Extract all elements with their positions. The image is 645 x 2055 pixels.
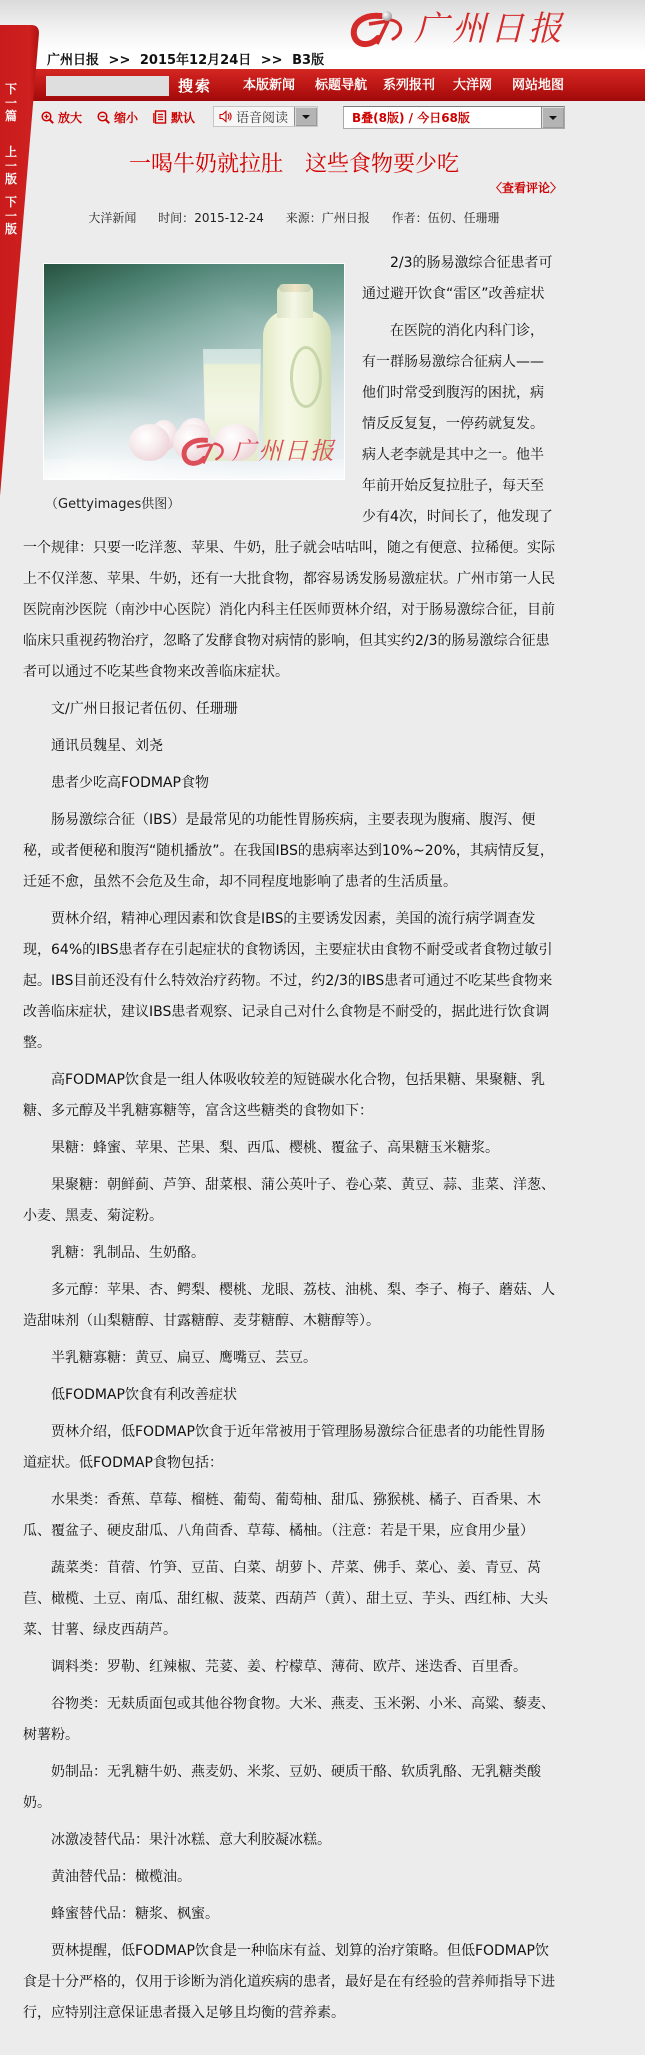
article-section-heading: 患者少吃高FODMAP食物	[23, 768, 557, 799]
edition-select-value: B叠(8版) / 今日68版	[352, 109, 470, 126]
zoom-in-button[interactable]: 放大	[41, 108, 82, 126]
food-list-item: 冰激凌替代品：果汁冰糕、意大利胶凝冰糕。	[23, 1825, 557, 1856]
zoom-in-label: 放大	[58, 109, 82, 126]
egg	[129, 424, 170, 461]
food-list-item: 水果类：香蕉、草莓、榴梿、葡萄、葡萄柚、甜瓜、猕猴桃、橘子、百香果、木瓜、覆盆子…	[23, 1485, 557, 1547]
food-list-item: 半乳糖寡糖：黄豆、扁豆、鹰嘴豆、芸豆。	[23, 1343, 557, 1374]
image-caption: （Gettyimages供图）	[45, 489, 345, 520]
zoom-out-icon	[97, 111, 110, 124]
zoom-in-icon	[41, 111, 54, 124]
article-title: 一喝牛奶就拉肚 这些食物要少吃	[23, 152, 565, 178]
site-header: 广州日报 广州日报 >> 2015年12月24日 >> B3版	[0, 0, 645, 69]
meta-source-label: 来源：	[286, 211, 322, 225]
food-list-item: 蔬菜类：苜蓿、竹笋、豆苗、白菜、胡萝卜、芹菜、佛手、菜心、姜、青豆、莴苣、橄榄、…	[23, 1553, 557, 1646]
food-list-item: 乳糖：乳制品、生奶酪。	[23, 1238, 557, 1269]
article-paragraph: 肠易激综合征（IBS）是最常见的功能性胃肠疾病，主要表现为腹痛、腹泻、便秘，或者…	[23, 805, 557, 898]
food-list-item: 调料类：罗勒、红辣椒、芫荽、姜、柠檬草、薄荷、欧芹、迷迭香、百里香。	[23, 1652, 557, 1683]
food-list-item: 多元醇：苹果、杏、鳄梨、樱桃、龙眼、荔枝、油桃、梨、李子、梅子、蘑菇、人造甜味剂…	[23, 1275, 557, 1337]
meta-source-value: 广州日报	[322, 211, 370, 225]
meta-author: 作者：伍仞、任珊珊	[392, 211, 500, 225]
breadcrumb-separator: >>	[109, 53, 131, 68]
food-list-item: 果糖：蜂蜜、苹果、芒果、梨、西瓜、樱桃、覆盆子、高果糖玉米糖浆。	[23, 1133, 557, 1164]
voice-select-value: 语音阅读	[236, 107, 288, 126]
breadcrumb-item-page[interactable]: B3版	[292, 53, 324, 68]
meta-time-value: 2015-12-24	[194, 211, 264, 225]
article-section-heading: 低FODMAP饮食有利改善症状	[23, 1380, 557, 1411]
watermark-emblem-icon	[181, 434, 227, 468]
food-list-item: 奶制品：无乳糖牛奶、燕麦奶、米浆、豆奶、硬质干酪、软质乳酪、无乳糖类酸奶。	[23, 1757, 557, 1819]
nav-link-sitemap[interactable]: 网站地图	[512, 77, 564, 95]
food-list-item: 谷物类：无麸质面包或其他谷物食物。大米、燕麦、玉米粥、小米、高粱、藜麦、树薯粉。	[23, 1689, 557, 1751]
meta-author-value: 伍仞、任珊珊	[428, 211, 500, 225]
nav-link-title-navigation[interactable]: 标题导航	[315, 77, 367, 95]
side-nav-tab	[0, 0, 42, 500]
view-comments-link[interactable]: 〈查看评论〉	[490, 181, 562, 195]
article-paragraph: 高FODMAP饮食是一组人体吸收较差的短链碳水化合物，包括果糖、果聚糖、乳糖、多…	[23, 1065, 557, 1127]
meta-author-label: 作者：	[392, 211, 428, 225]
side-nav-previous-page[interactable]: 上一版	[5, 146, 17, 187]
article-meta: 大洋新闻 时间：2015-12-24 来源：广州日报 作者：伍仞、任珊珊	[23, 211, 565, 225]
article-body: 广州日报 （Gettyimages供图） 2/3的肠易激综合征患者可通过避开饮食…	[23, 248, 557, 2035]
image-watermark: 广州日报	[181, 434, 336, 468]
meta-site: 大洋新闻	[88, 211, 136, 225]
article-paragraph: 贾林提醒，低FODMAP饮食是一种临床有益、划算的治疗策略。但低FODMAP饮食…	[23, 1936, 557, 2029]
logo-text: 广州日报	[414, 9, 566, 49]
meta-time: 时间：2015-12-24	[158, 211, 264, 225]
food-list-item: 黄油替代品：橄榄油。	[23, 1862, 557, 1893]
article-image: 广州日报	[43, 263, 345, 480]
voice-select-dropdown-button[interactable]	[294, 107, 317, 126]
article-paragraph: 贾林介绍，精神心理因素和饮食是IBS的主要诱发因素，美国的流行病学调查发现，64…	[23, 904, 557, 1059]
meta-source: 来源：广州日报	[286, 211, 370, 225]
watermark-text: 广州日报	[232, 436, 336, 466]
article-paragraph: 贾林介绍，低FODMAP饮食于近年常被用于管理肠易激综合征患者的功能性胃肠道症状…	[23, 1417, 557, 1479]
breadcrumb-separator: >>	[261, 53, 283, 68]
milk-bottle-handle	[290, 346, 322, 408]
voice-reading-select[interactable]: 语音阅读	[213, 106, 318, 127]
side-nav-next-page[interactable]: 下一版	[5, 196, 17, 237]
article-byline: 文/广州日报记者伍仞、任珊珊	[23, 694, 557, 725]
nav-link-dayoo[interactable]: 大洋网	[453, 77, 492, 95]
breadcrumb-item-date[interactable]: 2015年12月24日	[140, 53, 251, 68]
breadcrumb: 广州日报 >> 2015年12月24日 >> B3版	[47, 53, 324, 69]
food-list-item: 果聚糖：朝鲜蓟、芦笋、甜菜根、蒲公英叶子、卷心菜、黄豆、蒜、韭菜、洋葱、小麦、黑…	[23, 1170, 557, 1232]
milk-bottle-cap	[279, 284, 311, 292]
chevron-down-icon	[549, 116, 557, 120]
edition-select-dropdown-button[interactable]	[541, 107, 564, 128]
article-figure: 广州日报 （Gettyimages供图）	[43, 263, 345, 520]
edition-select[interactable]: B叠(8版) / 今日68版	[343, 106, 565, 129]
meta-time-label: 时间：	[158, 211, 194, 225]
speaker-icon	[219, 110, 232, 123]
chevron-down-icon	[302, 115, 310, 119]
site-logo[interactable]: 广州日报	[350, 6, 566, 52]
article-correspondent: 通讯员魏星、刘尧	[23, 731, 557, 762]
food-list-item: 蜂蜜替代品：糖浆、枫蜜。	[23, 1899, 557, 1930]
search-input[interactable]	[46, 76, 169, 96]
default-size-label: 默认	[171, 109, 195, 126]
zoom-out-label: 缩小	[114, 109, 138, 126]
document-icon	[153, 110, 167, 124]
breadcrumb-item-paper[interactable]: 广州日报	[47, 53, 99, 68]
nav-link-series[interactable]: 系列报刊	[383, 77, 435, 95]
zoom-out-button[interactable]: 缩小	[97, 108, 138, 126]
logo-emblem-icon	[350, 9, 406, 49]
nav-link-page-news[interactable]: 本版新闻	[243, 77, 295, 95]
default-size-button[interactable]: 默认	[153, 108, 195, 126]
search-button[interactable]: 搜索	[178, 76, 212, 96]
side-nav-next-article[interactable]: 下一篇	[5, 83, 17, 124]
